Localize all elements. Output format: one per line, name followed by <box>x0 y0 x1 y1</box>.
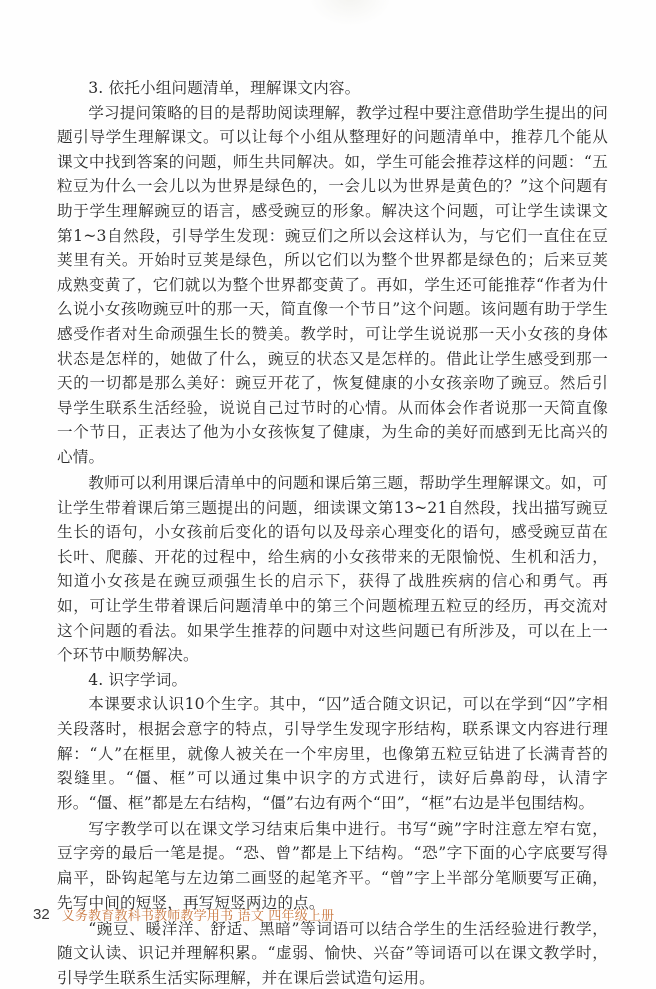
book-page: 3. 依托小组问题清单，理解课文内容。 学习提问策略的目的是帮助阅读理解，教学过… <box>0 0 656 989</box>
page-body: 3. 依托小组问题清单，理解课文内容。 学习提问策略的目的是帮助阅读理解，教学过… <box>57 76 608 989</box>
paragraph-question-strategy: 学习提问策略的目的是帮助阅读理解，教学过程中要注意借助学生提出的问题引导学生理解… <box>57 101 608 470</box>
running-footer-title: 义务教育教科书教师教学用书 语文 四年级上册 <box>62 905 335 924</box>
page-footer: 32 义务教育教科书教师教学用书 语文 四年级上册 <box>33 904 334 924</box>
paragraph-character-recognition: 本课要求认识10个生字。其中，“囚”适合随文识记，可以在学到“囚”字相关段落时，… <box>57 692 608 815</box>
paragraph-after-class-questions: 教师可以利用课后清单中的问题和课后第三题，帮助学生理解课文。如，可让学生带着课后… <box>57 471 608 668</box>
section-heading-4: 4. 识字学词。 <box>57 668 608 693</box>
paragraph-writing-teaching: 写字教学可以在课文学习结束后集中进行。书写“豌”字时注意左窄右宽，豆字旁的最后一… <box>57 817 608 915</box>
page-top-illustration-fragment <box>310 0 390 25</box>
section-heading-3: 3. 依托小组问题清单，理解课文内容。 <box>57 76 608 101</box>
page-number: 32 <box>33 906 50 923</box>
paragraph-vocabulary: “豌豆、暖洋洋、舒适、黑暗”等词语可以结合学生的生活经验进行教学，随文认读、识记… <box>57 917 608 989</box>
